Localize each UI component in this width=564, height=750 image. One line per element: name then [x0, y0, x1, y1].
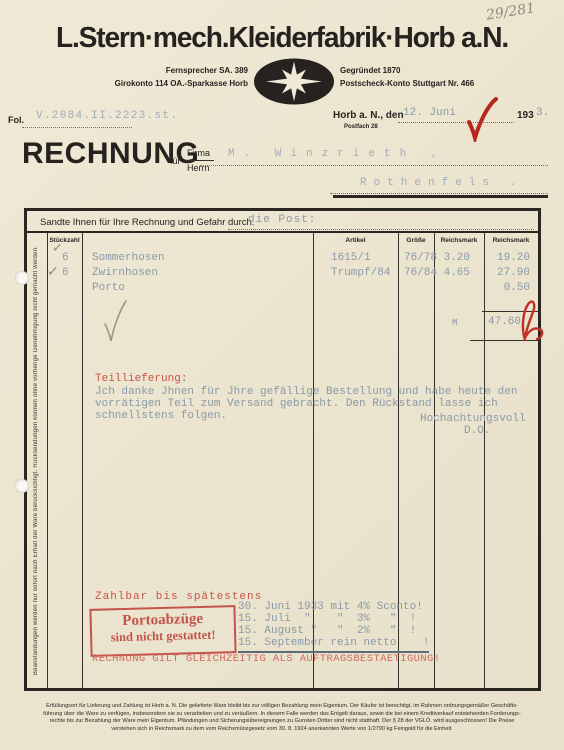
col-header-artikel: Artikel	[313, 237, 398, 244]
col-header-rm1: Reichsmark	[434, 237, 484, 244]
partial-delivery-heading: Teillieferung:	[95, 373, 187, 385]
dateline-place: Horb a. N., den	[333, 110, 404, 121]
footer-fine-print: Erfüllungsort für Lieferung und Zahlung …	[0, 703, 564, 733]
row1-artikel: 1615/1	[331, 252, 371, 264]
punch-hole-top	[15, 271, 29, 285]
shipping-separator	[27, 231, 538, 233]
shipping-dotted-line	[228, 228, 534, 230]
fine-print-line-1: Erfüllungsort für Lieferung und Zahlung …	[46, 703, 518, 711]
row2-qty: 6	[62, 267, 69, 279]
city-underline-bar	[333, 195, 548, 198]
col-line-groesse	[434, 233, 435, 688]
term-line-3: 15. August " " 2% " !	[238, 625, 416, 637]
shipping-method: die Post:	[248, 214, 316, 226]
customer-city: Rothenfels .	[360, 177, 523, 189]
note-line-1: Jch danke Jhnen für Jhre gefällige Beste…	[95, 386, 517, 398]
row2-pencil-check: ✓	[47, 263, 60, 281]
note-line-3: schnellstens folgen.	[95, 410, 227, 422]
col-header-rm2: Reichsmark	[484, 237, 538, 244]
postcheck-line: Postscheck-Konto Stuttgart Nr. 466	[340, 79, 474, 88]
customer-dotted-line	[200, 164, 548, 166]
large-pencil-check-icon	[100, 298, 130, 349]
row2-groesse: 76/84	[404, 267, 437, 279]
stamp-line-2: sind nicht gestattet!	[92, 627, 234, 646]
col-line-qty	[82, 233, 83, 688]
founded-line: Gegründet 1870	[340, 66, 400, 75]
row1-groesse: 76/78	[404, 252, 437, 264]
row1-amount: 19.20	[492, 252, 530, 264]
fuer-label: für	[170, 156, 181, 166]
typed-date: 12. Juni	[403, 107, 456, 119]
handwritten-reference: 29/281	[485, 0, 536, 24]
fine-print-line-3: rechte bis zur Bezahlung der Ware mein E…	[50, 718, 515, 726]
shipping-label: Sandte Ihnen für Ihre Rechnung und Gefah…	[40, 217, 254, 228]
no-postage-deduction-stamp: Portoabzüge sind nicht gestattet!	[89, 605, 236, 657]
row1-desc: Sommerhosen	[92, 252, 165, 264]
customer-name: M. Winzrieth ,	[228, 148, 446, 160]
fine-print-line-4: verstehen sich in Reichsmark zu dem vom …	[111, 726, 453, 734]
col-header-groesse: Größe	[398, 237, 434, 244]
postfach-note: Postfach 28	[344, 124, 378, 130]
star-logo-icon	[253, 58, 335, 111]
invoice-document: 29/281 L.Stern·mech.Kleiderfabrik·Horb a…	[0, 0, 564, 750]
folio-dotted-line	[22, 126, 132, 128]
firma-label: Firma	[187, 148, 210, 158]
folio-value: V.2084.II.2223.st.	[36, 110, 178, 122]
side-note-vertical: Beanstandungen werden nur sofort nach Er…	[26, 236, 47, 686]
phone-line: Fernsprecher SA. 389	[0, 66, 248, 75]
col-line-rm	[484, 233, 485, 688]
row2-desc: Zwirnhosen	[92, 267, 158, 279]
row3-amount: 0.50	[492, 282, 530, 294]
city-dotted-line	[330, 192, 548, 194]
year-printed: 193	[517, 110, 534, 121]
row2-price: 4.65	[438, 267, 470, 279]
term-line-1: 30. Juni 1933 mit 4% Sconto!	[238, 601, 423, 613]
row1-price: 3.20	[438, 252, 470, 264]
total-currency: M	[452, 318, 457, 328]
red-checkmark-icon	[463, 96, 499, 147]
company-title: L.Stern·mech.Kleiderfabrik·Horb a.N.	[8, 22, 555, 55]
row1-qty: 6	[62, 252, 69, 264]
term-line-2: 15. Juli " " 3% " !	[238, 613, 416, 625]
order-confirmation-line: RECHNUNG GILT GLEICHZEITIG ALS AUFTRAGSB…	[92, 653, 440, 665]
folio-label: Fol.	[8, 115, 24, 125]
row2-artikel: Trumpf/84	[331, 267, 390, 279]
row2-amount: 27.90	[492, 267, 530, 279]
red-flourish-mark-icon	[517, 298, 547, 351]
closing-phrase: Hochachtungsvoll	[420, 413, 526, 425]
note-line-2: vorrätigen Teil zum Versand gebracht. De…	[95, 398, 498, 410]
punch-hole-bottom	[15, 479, 29, 493]
signature-initials: D.O.	[464, 425, 490, 437]
term-line-4: 15. September rein netto !	[238, 637, 429, 653]
year-typed: 3.	[536, 107, 549, 119]
col-line-sidenote	[47, 233, 48, 688]
giro-line: Girokonto 114 OA.-Sparkasse Horb	[0, 79, 248, 88]
firma-herrn-divider	[186, 160, 214, 161]
row3-desc: Porto	[92, 282, 125, 294]
